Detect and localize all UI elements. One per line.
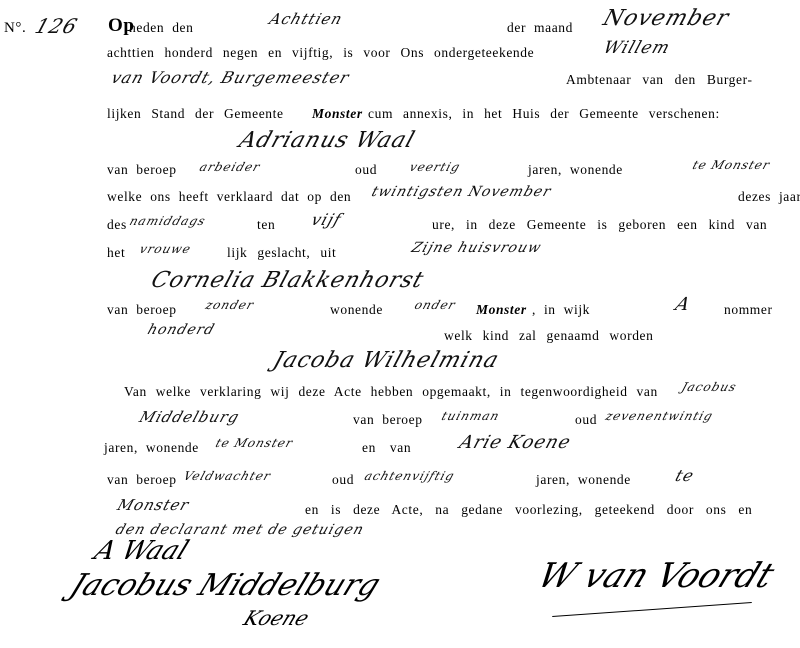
hw-witness2-residence-2: Monster (115, 496, 192, 514)
hw-declarant-name: Adrianus Waal (236, 128, 418, 153)
printed-line16-a: jaren, wonende (104, 440, 199, 456)
printed-line6-b: oud (355, 162, 377, 178)
printed-line18: en is deze Acte, na gedane voorlezing, g… (305, 502, 752, 518)
hw-birth-day: twintigsten November (369, 184, 553, 200)
printed-line17-b: oud (332, 472, 354, 488)
printed-line4-a: lijken Stand der Gemeente (107, 106, 284, 122)
birth-record-page: N°. 126 Op heden den Achttien der maand … (0, 0, 800, 648)
hw-witness1-age: zevenentwintig (604, 409, 715, 423)
printed-line8-b: ten (257, 217, 275, 233)
hw-declarant-occupation: arbeider (198, 160, 263, 174)
hw-declarant-age: veertig (408, 160, 463, 174)
signature-declarant: A Waal (90, 536, 193, 566)
hw-mother-residence: onder (413, 298, 458, 312)
printed-line12: welk kind zal genaamd worden (444, 328, 654, 344)
printed-line8-a: des (107, 217, 127, 233)
record-number-label: N°. (4, 20, 26, 37)
hw-witness2-age: achtenvijftig (363, 469, 457, 483)
printed-line9-a: het (107, 245, 125, 261)
printed-line2: achttien honderd negen en vijftig, is vo… (107, 45, 534, 61)
hw-witness1-residence: te Monster (214, 436, 295, 450)
printed-line4-b: cum annexis, in het Huis der Gemeente ve… (368, 106, 720, 122)
hw-witness2-name: Arie Koene (457, 432, 574, 453)
hw-mother-name: Cornelia Blakkenhorst (148, 268, 427, 293)
hw-mother-occupation: zonder (204, 298, 256, 312)
hw-child-sex: vrouwe (138, 242, 193, 256)
hw-month: November (600, 6, 733, 31)
hw-day: Achttien (267, 10, 345, 28)
hw-witness1-occupation: tuinman (440, 409, 502, 423)
printed-monster: Monster (312, 106, 363, 122)
hw-witness2-residence: te (673, 466, 697, 485)
hw-house-number: honderd (145, 322, 217, 338)
printed-line14: Van welke verklaring wij deze Acte hebbe… (124, 384, 658, 400)
printed-line16-b: en van (362, 440, 411, 456)
printed-line9-b: lijk geslacht, uit (227, 245, 336, 261)
printed-line1-b: der maand (507, 20, 573, 36)
signature-official: W van Voordt (532, 556, 780, 596)
hw-official-first: Willem (601, 38, 673, 58)
hw-witness1-last: Middelburg (137, 408, 242, 426)
printed-line7-b: dezes jaars (738, 189, 800, 205)
printed-monster-2: Monster (476, 302, 527, 318)
hw-birth-hour: vijf (309, 210, 344, 229)
printed-line11-b: wonende (330, 302, 383, 318)
printed-line7-a: welke ons heeft verklaard dat op den (107, 189, 351, 205)
printed-line6-a: van beroep (107, 162, 177, 178)
signature-witness2: Koene (240, 606, 313, 630)
printed-line17-a: van beroep (107, 472, 177, 488)
hw-birth-time-of-day: namiddags (128, 214, 208, 228)
hw-wijk: A (673, 294, 694, 315)
hw-witness1-first: Jacobus (680, 380, 739, 394)
signature-underline (552, 602, 752, 617)
hw-mother-pre: Zijne huisvrouw (409, 240, 543, 256)
printed-line1-a: heden den (129, 20, 194, 36)
signature-witness1: Jacobus Middelburg (65, 568, 386, 603)
printed-line11-d: nommer (724, 302, 773, 318)
printed-line6-c: jaren, wonende (528, 162, 623, 178)
printed-line8-c: ure, in deze Gemeente is geboren een kin… (432, 217, 767, 233)
printed-line15-a: van beroep (353, 412, 423, 428)
printed-line15-b: oud (575, 412, 597, 428)
hw-child-name: Jacoba Wilhelmina (270, 348, 503, 373)
printed-line11-c: , in wijk (532, 302, 590, 318)
hw-official-rest: van Voordt, Burgemeester (109, 68, 352, 87)
record-number-value: 126 (32, 14, 81, 38)
printed-line3: Ambtenaar van den Burger- (566, 72, 753, 88)
printed-line11-a: van beroep (107, 302, 177, 318)
printed-line17-c: jaren, wonende (536, 472, 631, 488)
hw-declarant-residence: te Monster (691, 158, 772, 172)
hw-witness2-occupation: Veldwachter (182, 469, 273, 483)
